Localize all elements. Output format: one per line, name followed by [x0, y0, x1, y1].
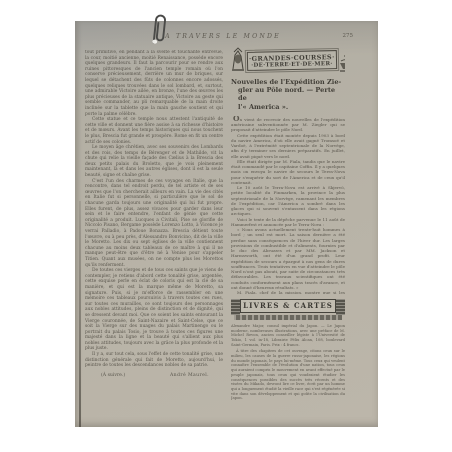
article-paragraph: M. Fiala, chef de la mission, montre que… — [231, 290, 345, 294]
article-paragraph: Elle était dirigée par M. Fiala, tandis … — [231, 159, 345, 185]
article-title-line: gler au Pôle nord. — Perte de — [231, 86, 345, 102]
right-column: ·GRANDES·COURSES· ·DE·TERRE·ET·DE·MER· N… — [231, 46, 345, 428]
book-entry: Alexandre Major, consul impérial du Japo… — [231, 324, 345, 348]
page-edge-shadow — [79, 201, 81, 427]
banner-bottom-strip — [234, 315, 342, 320]
article-paragraph: Voici le texte de la dépêche parvenue le… — [231, 217, 345, 228]
scanned-page-screenshot: A TRAVERS LE MONDE 275 tout primitive, e… — [0, 0, 452, 452]
left-paragraph: Cette statue et ce temple nous attestent… — [85, 117, 223, 145]
banner-ornament-left-icon — [231, 299, 240, 315]
left-paragraph: C'est l'un des charmes de ces voyages en… — [85, 179, 223, 269]
paperclip-icon — [146, 13, 172, 47]
article-title: Nouvelles de l'Expédition Zie- gler au P… — [231, 78, 345, 111]
to-be-continued-note: (À suivre.) — [101, 373, 125, 379]
signature-row: (À suivre.) André Maurel. — [85, 369, 223, 379]
article-paragraph: « Nous avons actuellement trente-huit ho… — [231, 227, 345, 290]
article-title-line: Nouvelles de l'Expédition Zie- — [231, 78, 341, 86]
book-review: À titre des chapitres de cet ouvrage, ci… — [231, 349, 345, 401]
left-article-column: tout primitive, en pendant à la svelte e… — [85, 50, 223, 395]
running-header: A TRAVERS LE MONDE — [85, 33, 361, 40]
article-paragraph: Cette expédition était montée depuis 190… — [231, 133, 345, 159]
left-paragraph: De toutes ces vierges et de tous ces sai… — [85, 268, 223, 352]
article-paragraph: Le 10 août le Terra-Nova est arrivé à Sk… — [231, 185, 345, 217]
livres-cartes-frame: LIVRES & CARTES — [240, 299, 336, 313]
magazine-page-photo: A TRAVERS LE MONDE 275 tout primitive, e… — [75, 21, 378, 427]
left-paragraph: tout primitive, en pendant à la svelte e… — [85, 50, 223, 117]
books-section: Alexandre Major, consul impérial du Japo… — [231, 324, 345, 401]
author-signature: André Maurel. — [170, 373, 209, 379]
banner-left-sketch-icon — [231, 47, 245, 73]
left-paragraph: Il y a, sur tout cela, sous l'effet de c… — [85, 352, 223, 369]
left-paragraph: Le moyen âge chrétien, avec ses souvenir… — [85, 145, 223, 179]
banner-ornament-right-icon — [336, 299, 345, 315]
article-title-line: l'« America ». — [231, 103, 345, 111]
article-paragraph: On vient de recevoir des nouvelles de l'… — [231, 116, 345, 133]
page-number: 275 — [343, 33, 354, 39]
livres-cartes-banner: LIVRES & CARTES — [231, 299, 345, 320]
article-body: On vient de recevoir des nouvelles de l'… — [231, 116, 345, 294]
banner-line-2: ·DE·TERRE·ET·DE·MER· — [249, 61, 335, 69]
banner-title-box: ·GRANDES·COURSES· ·DE·TERRE·ET·DE·MER· — [247, 50, 337, 71]
livres-cartes-label: LIVRES & CARTES — [243, 301, 333, 310]
banner-right-sketch-icon — [339, 47, 345, 73]
grandes-courses-banner: ·GRANDES·COURSES· ·DE·TERRE·ET·DE·MER· — [231, 46, 345, 74]
running-header-row: A TRAVERS LE MONDE 275 — [85, 33, 361, 43]
